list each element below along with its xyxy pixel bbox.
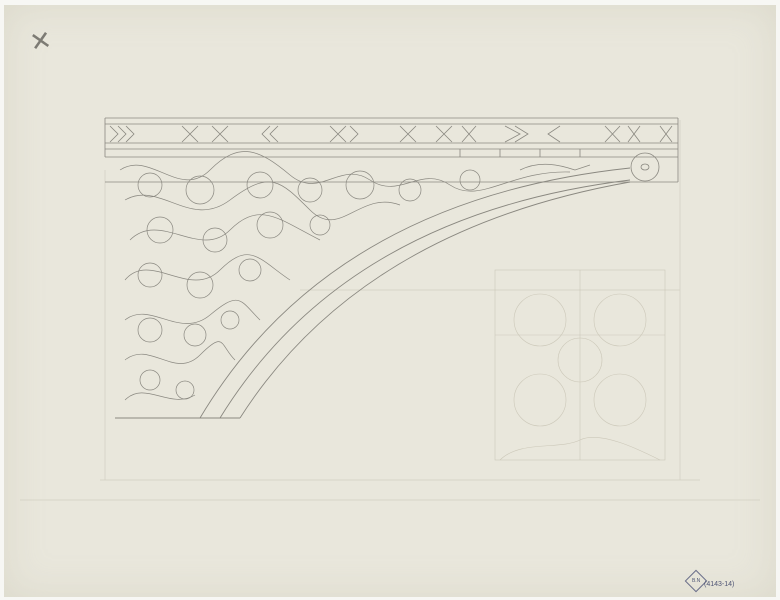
top-frieze-band xyxy=(105,118,678,182)
inventory-number: (4143-14) xyxy=(704,581,734,588)
faint-motif xyxy=(495,270,665,460)
ornament-drawing xyxy=(0,0,780,600)
collection-stamp: B.N (4143-14) xyxy=(688,573,748,593)
arch-curve xyxy=(115,168,630,418)
stamp-label: B.N xyxy=(692,578,700,584)
paper-sheet: ✕ B.N (4143-14) xyxy=(4,5,776,597)
